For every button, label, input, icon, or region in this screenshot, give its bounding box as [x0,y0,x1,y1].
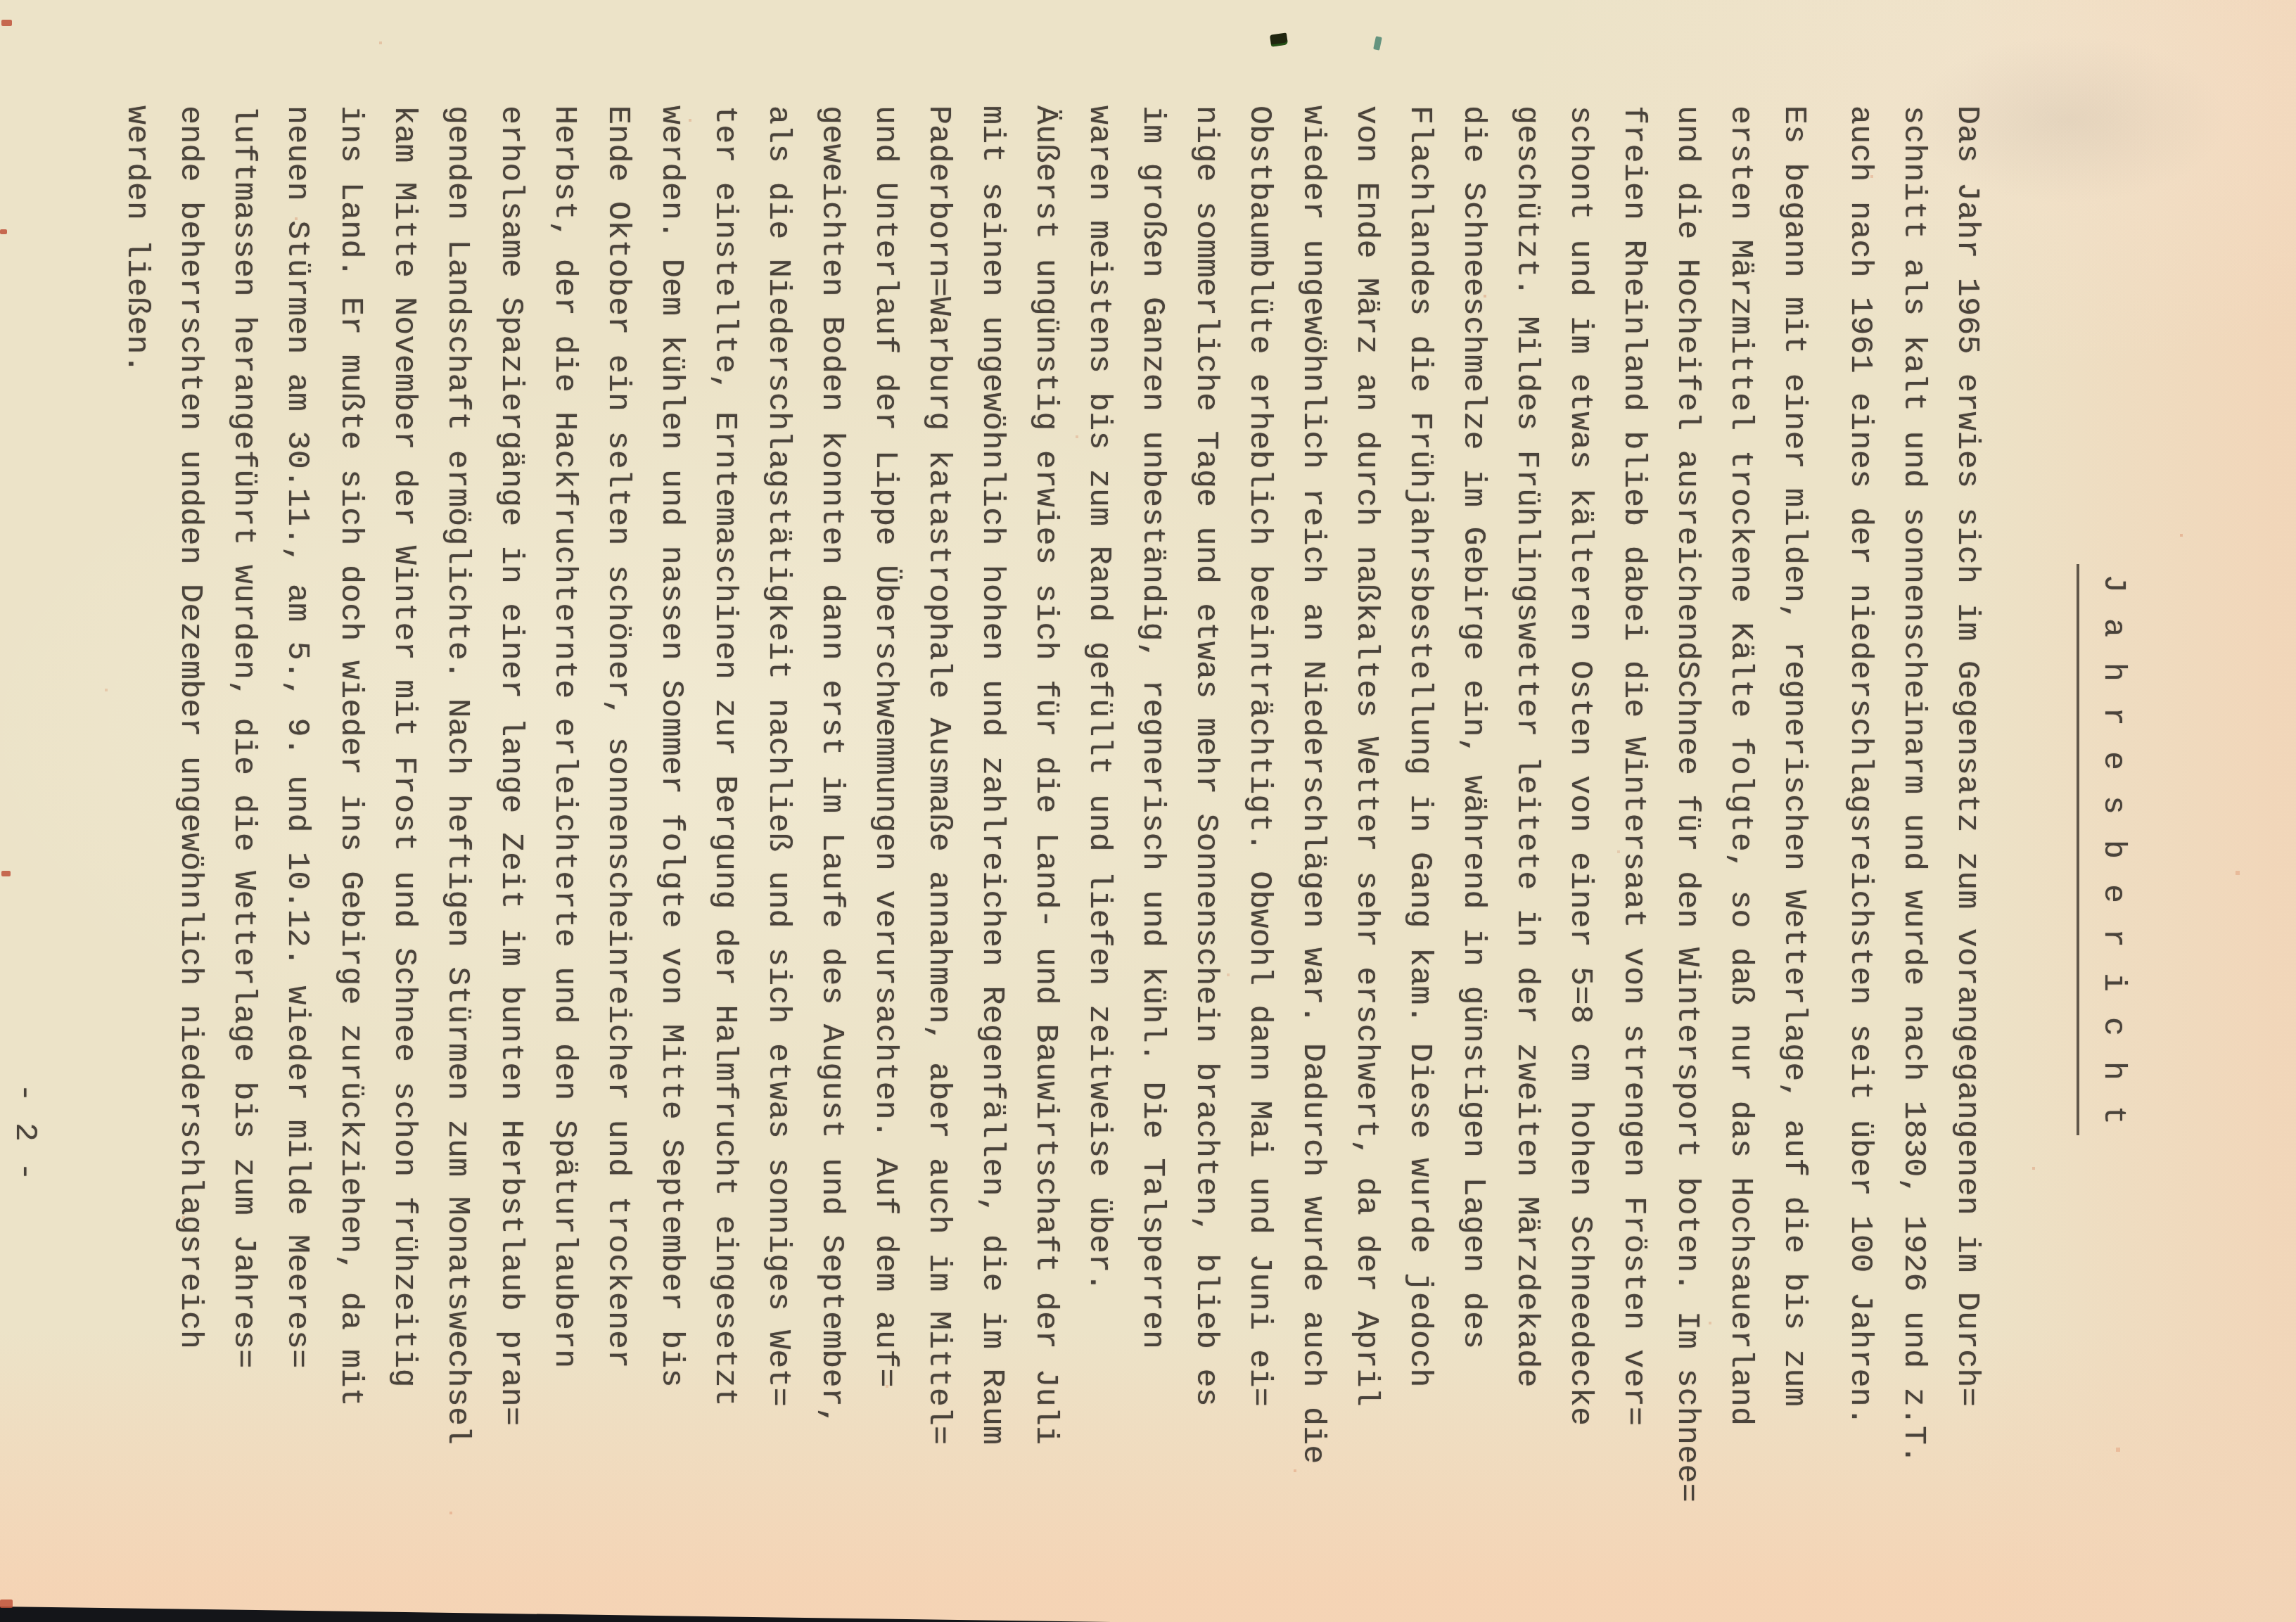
text-line: neuen Stürmen am 30.11., am 5., 9. und 1… [270,106,324,159]
text-line: wieder ungewöhnlich reich an Niederschlä… [1286,106,1339,159]
text-line: Obstbaumblüte erheblich beeinträchtigt. … [1232,106,1286,159]
scanner-edge-shadow [0,1607,1111,1622]
paper-fiber-specks [0,0,1,1]
paragraph-2: Es begann mit einer milden, regnerischen… [110,106,1820,1562]
text-line: mit seinen ungewöhnlich hohen und zahlre… [965,106,1019,159]
text-line: freien Rheinland blieb dabei die Winters… [1607,106,1660,159]
text-line: Flachlandes die Frühjahrsbestellung in G… [1393,106,1446,159]
paragraph-1: Das Jahr 1965 erwies sich im Gegensatz z… [1833,106,1994,1562]
text-line: waren meistens bis zum Rand gefüllt und … [1072,106,1125,159]
text-line: die Schneeschmelze im Gebirge ein, währe… [1446,106,1500,159]
text-line: schnitt als kalt und sonnenscheinarm und… [1887,106,1940,159]
text-line: geschützt. Mildes Frühlingswetter leitet… [1500,106,1553,159]
text-line: Äußerst ungünstig erwies sich für die La… [1019,106,1072,159]
text-line: Paderborn=Warburg katastrophale Ausmaße … [912,106,965,159]
scanned-typewritten-page: J a h r e s b e r i c h t Das Jahr 1965 … [0,0,2296,1622]
text-line: nige sommerliche Tage und etwas mehr Son… [1179,106,1232,159]
text-line: werden. Dem kühlen und nassen Sommer fol… [644,106,698,159]
text-line: ter einstellte, Erntemaschinen zur Bergu… [698,106,751,159]
text-line: von Ende März an durch naßkaltes Wetter … [1339,106,1393,159]
text-line: schont und im etwas kälteren Osten von e… [1553,106,1607,159]
text-line: ins Land. Er mußte sich doch wieder ins … [324,106,377,159]
text-line: auch nach 1961 eines der niederschlagsre… [1833,106,1887,159]
red-edge-mark [1,20,12,26]
text-line: werden ließen. [110,106,163,159]
text-line: ende beherrschten undden Dezember ungewö… [163,106,217,159]
text-line: ersten Märzmittel trockene Kälte folgte,… [1714,106,1767,159]
text-line: und die Hocheifel ausreichendSchnee für … [1660,106,1714,159]
page-number: - 2 - [7,1083,42,1182]
text-line: Das Jahr 1965 erwies sich im Gegensatz z… [1940,106,1994,159]
text-line: Herbst, der die Hackfruchternte erleicht… [537,106,591,159]
text-line: geweichten Boden konnten dann erst im La… [805,106,858,159]
red-edge-mark [1,871,11,876]
red-edge-mark [0,1599,13,1608]
red-edge-mark [0,229,7,234]
text-line: Es begann mit einer milden, regnerischen… [1767,106,1820,159]
text-line: kam Mitte November der Winter mit Frost … [377,106,431,159]
title-line: J a h r e s b e r i c h t [2077,106,2140,1562]
text-line: Ende Oktober ein selten schöner, sonnens… [591,106,644,159]
text-line: im großen Ganzen unbeständig, regnerisch… [1125,106,1179,159]
text-line: erholsame Spaziergänge in einer lange Ze… [484,106,537,159]
page-title: J a h r e s b e r i c h t [2077,564,2140,1135]
text-line: genden Landschaft ermöglichte. Nach heft… [431,106,484,159]
rotated-text-block: J a h r e s b e r i c h t Das Jahr 1965 … [110,106,2140,1562]
ink-speck [1270,32,1288,46]
small-green-mark [1373,36,1382,50]
text-line: luftmassen herangeführt wurden, die die … [217,106,270,159]
text-line: und Unterlauf der Lippe Überschwemmungen… [858,106,912,159]
text-line: als die Niederschlagstätigkeit nachließ … [751,106,805,159]
